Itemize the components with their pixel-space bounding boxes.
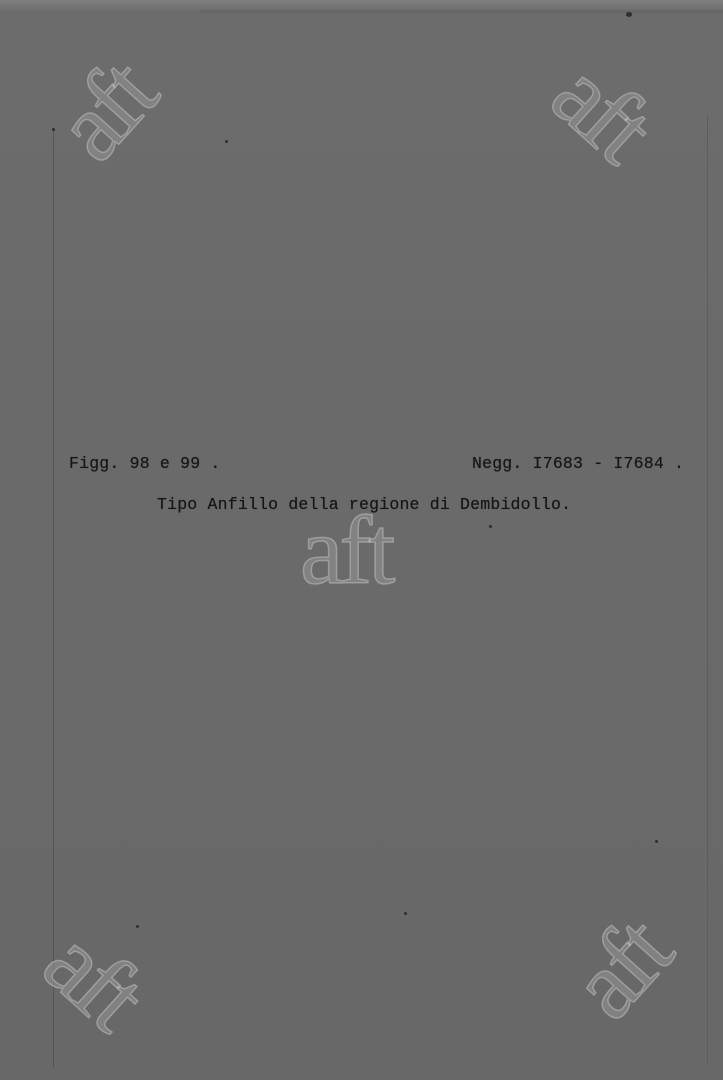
ink-speck <box>225 140 228 143</box>
watermark-top-left: aft <box>39 44 173 177</box>
caption-text: Tipo Anfillo della regione di Dembidollo… <box>157 495 571 514</box>
ink-speck <box>52 128 55 131</box>
watermark-center: aft <box>300 502 391 600</box>
negative-number-label: Negg. I7683 - I7684 . <box>472 454 684 473</box>
figure-label: Figg. 98 e 99 . <box>69 454 221 473</box>
scanned-document-page: aft aft aft aft aft Figg. 98 e 99 . Negg… <box>0 0 723 1080</box>
ink-speck <box>404 912 407 915</box>
ink-speck <box>626 12 632 17</box>
watermark-bottom-right: aft <box>554 902 688 1035</box>
left-margin-line <box>53 128 54 1068</box>
ink-speck <box>136 925 139 928</box>
right-margin-line <box>707 115 708 1065</box>
ink-speck <box>489 525 492 528</box>
watermark-bottom-left: aft <box>27 912 160 1046</box>
ink-speck <box>655 840 658 843</box>
page-top-shadow <box>200 9 723 14</box>
watermark-top-right: aft <box>535 44 668 178</box>
